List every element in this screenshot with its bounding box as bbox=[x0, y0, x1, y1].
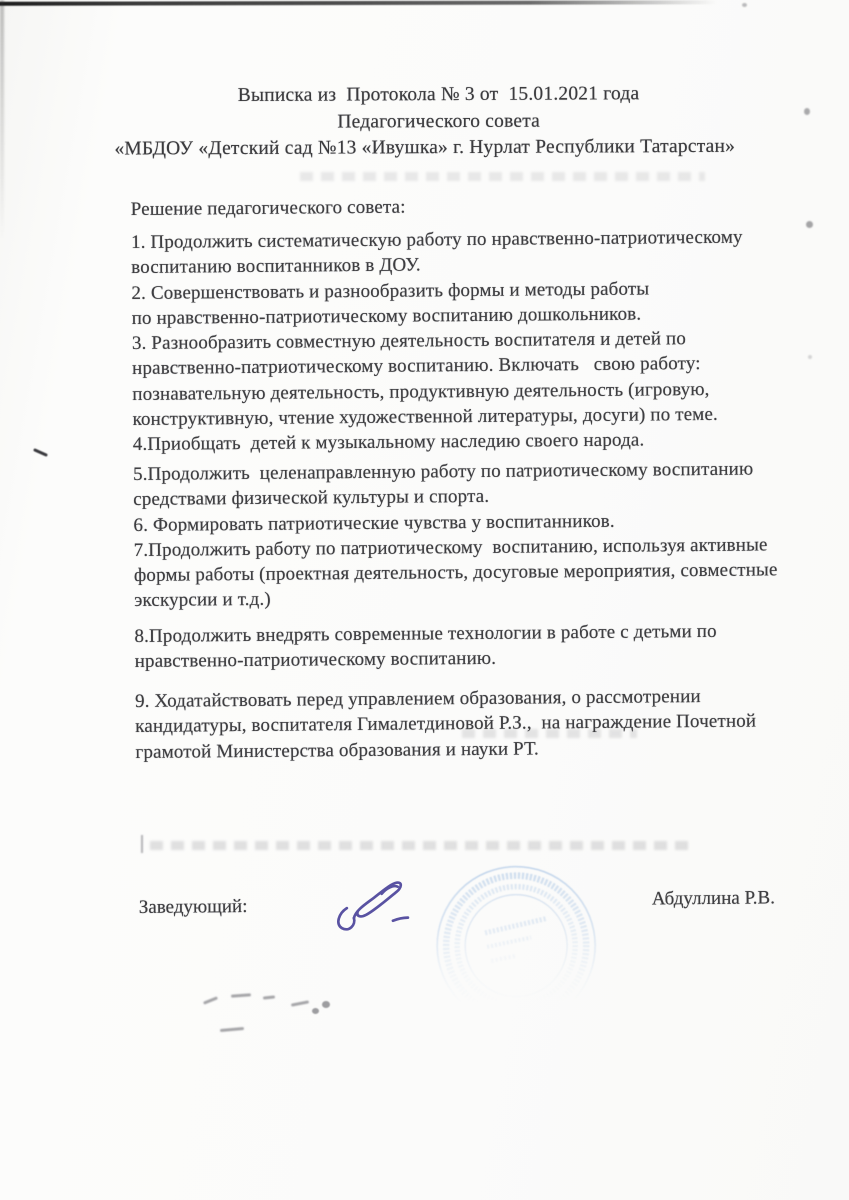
pen-tick-mark bbox=[33, 448, 48, 457]
signature-person-name: Абдуллина Р.В. bbox=[652, 887, 775, 910]
handwritten-signature bbox=[324, 863, 435, 944]
text-line: нравственно-патриотическому воспитанию. bbox=[135, 644, 717, 674]
resolution-items-1-4: 1. Продолжить систематическую работу по … bbox=[131, 225, 745, 458]
text-line: 4.Приобщать детей к музыкальному наследи… bbox=[133, 427, 745, 458]
resolution-item-9: 9. Ходатайствовать перед управлением обр… bbox=[135, 684, 757, 765]
decision-heading: Решение педагогического совета: bbox=[131, 195, 406, 223]
text-line: экскурсии и т.д.) bbox=[134, 583, 778, 614]
signature-role-label: Заведующий: bbox=[139, 896, 248, 919]
resolution-items-5-7: 5.Продолжить целенаправленную работу по … bbox=[133, 456, 778, 613]
round-stamp bbox=[424, 854, 608, 1038]
text-line: кандидатуры, воспитателя Гималетдиновой … bbox=[135, 709, 756, 740]
text-line: грамотой Министерства образования и наук… bbox=[135, 734, 756, 765]
resolution-item-8: 8.Продолжить внедрять современные технол… bbox=[134, 619, 717, 675]
scanned-document-page: Выписка из Протокола № 3 от 15.01.2021 г… bbox=[0, 0, 849, 1200]
document-body: Решение педагогического совета: 1. Продо… bbox=[127, 0, 837, 1200]
